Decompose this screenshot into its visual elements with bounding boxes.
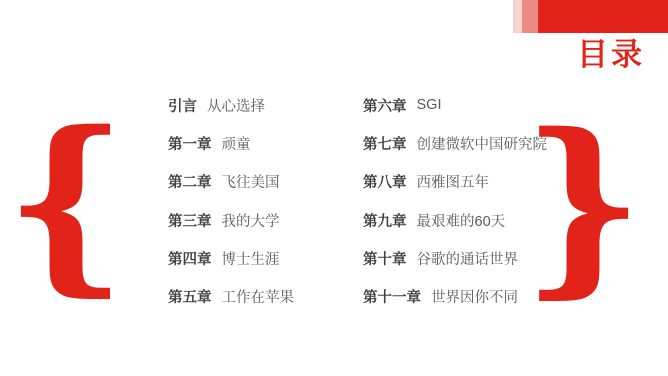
chapter-title: 最艰难的60天 <box>417 210 506 231</box>
chapter-title: 顽童 <box>222 133 251 154</box>
chapter-label: 第四章 <box>168 248 212 269</box>
toc-item: 第十一章 世界因你不同 <box>363 277 547 315</box>
chapter-title: SGI <box>417 97 442 113</box>
toc-item: 第二章 飞往美国 <box>168 163 294 201</box>
chapter-title: 工作在苹果 <box>222 286 295 307</box>
chapter-label: 第七章 <box>363 133 407 154</box>
chapter-label: 第一章 <box>168 133 212 154</box>
chapter-title: 飞往美国 <box>222 171 280 192</box>
toc-item: 第六章 SGI <box>363 86 547 124</box>
chapter-title: 我的大学 <box>222 210 280 231</box>
chapter-label: 第二章 <box>168 171 212 192</box>
chapter-label: 第五章 <box>168 286 212 307</box>
chapter-title: 世界因你不同 <box>431 286 518 307</box>
chapter-title: 博士生涯 <box>222 248 280 269</box>
chapter-title: 谷歌的通话世界 <box>417 248 519 269</box>
toc-item: 第九章 最艰难的60天 <box>363 201 547 239</box>
chapter-label: 第九章 <box>363 210 407 231</box>
toc-item: 第四章 博士生涯 <box>168 239 294 277</box>
chapter-label: 第六章 <box>363 95 407 116</box>
chapter-title: 创建微软中国研究院 <box>417 133 548 154</box>
chapter-label: 引言 <box>168 95 197 116</box>
toc-item: 第十章 谷歌的通话世界 <box>363 239 547 277</box>
chapter-label: 第十章 <box>363 248 407 269</box>
chapter-title: 从心选择 <box>207 95 265 116</box>
chapter-title: 西雅图五年 <box>417 171 490 192</box>
toc-column-right: 第六章 SGI 第七章 创建微软中国研究院 第八章 西雅图五年 第九章 最艰难的… <box>363 86 547 316</box>
toc-item: 引言 从心选择 <box>168 86 294 124</box>
chapter-label: 第八章 <box>363 171 407 192</box>
corner-accent-block-medium <box>522 0 538 33</box>
corner-accent-block-solid <box>538 0 668 33</box>
corner-accent-block-light <box>513 0 522 33</box>
chapter-label: 第三章 <box>168 210 212 231</box>
toc-item: 第三章 我的大学 <box>168 201 294 239</box>
toc-item: 第七章 创建微软中国研究院 <box>363 124 547 162</box>
right-brace-decoration: } <box>543 109 623 299</box>
toc-item: 第五章 工作在苹果 <box>168 277 294 315</box>
toc-item: 第一章 顽童 <box>168 124 294 162</box>
toc-item: 第八章 西雅图五年 <box>363 163 547 201</box>
toc-column-left: 引言 从心选择 第一章 顽童 第二章 飞往美国 第三章 我的大学 第四章 博士生… <box>168 86 294 316</box>
left-brace-decoration: { <box>26 107 106 297</box>
page-title: 目录 <box>577 39 645 70</box>
chapter-label: 第十一章 <box>363 286 421 307</box>
